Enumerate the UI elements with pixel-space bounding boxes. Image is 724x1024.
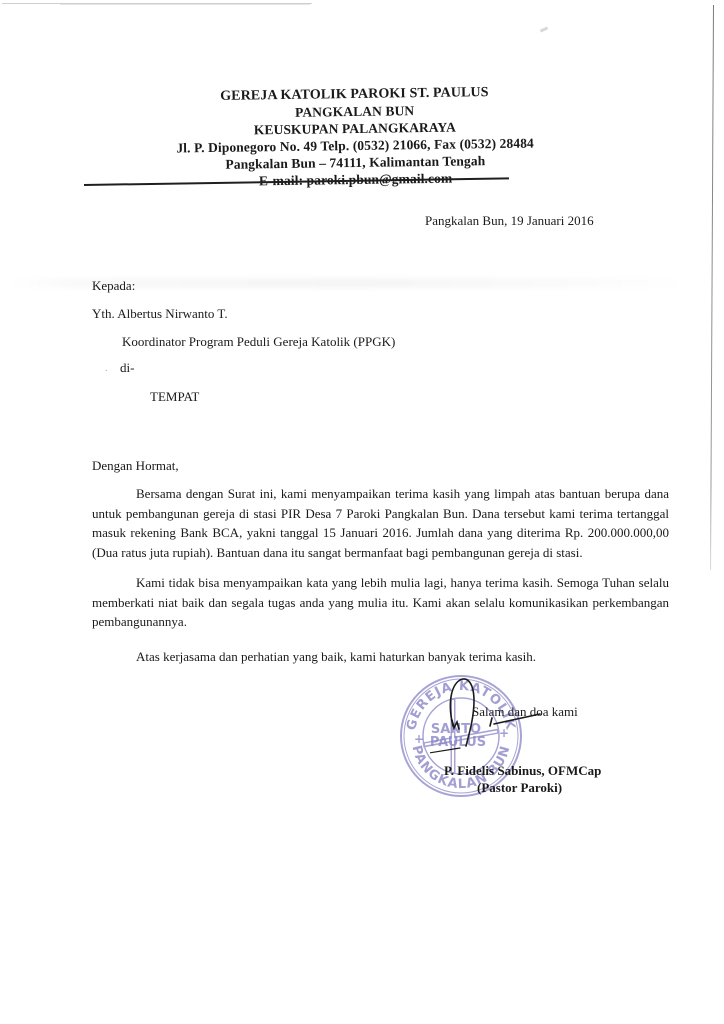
recipient-position: Koordinator Program Peduli Gereja Katoli… bbox=[122, 334, 395, 350]
body-paragraph-text: Atas kerjasama dan perhatian yang baik, … bbox=[92, 647, 669, 667]
recipient-di: di- bbox=[120, 360, 134, 376]
letter-date: Pangkalan Bun, 19 Januari 2016 bbox=[425, 213, 594, 229]
recipient-label: Kepada: bbox=[92, 278, 135, 294]
body-paragraph-1: Bersama dengan Surat ini, kami menyampai… bbox=[92, 484, 669, 562]
recipient-name: Yth. Albertus Nirwanto T. bbox=[92, 306, 228, 322]
svg-text:+: + bbox=[414, 732, 424, 746]
scan-artifact-dot: . bbox=[105, 363, 108, 374]
signer-title: (Pastor Paroki) bbox=[477, 780, 562, 796]
closing-signoff: Salam dan doa kami bbox=[472, 704, 578, 720]
recipient-place: TEMPAT bbox=[150, 389, 199, 405]
body-paragraph-text: Bersama dengan Surat ini, kami menyampai… bbox=[92, 484, 669, 562]
letterhead: GEREJA KATOLIK PAROKI ST. PAULUS PANGKAL… bbox=[119, 83, 590, 192]
signer-name: P. Fidelis Sabinus, OFMCap bbox=[444, 763, 601, 779]
body-paragraph-text: Kami tidak bisa menyampaikan kata yang l… bbox=[92, 573, 669, 632]
salutation: Dengan Hormat, bbox=[92, 458, 179, 474]
scan-artifact-edge-line bbox=[710, 5, 714, 570]
scan-artifact-top-line bbox=[60, 4, 310, 5]
scan-artifact-speck bbox=[540, 26, 549, 32]
body-paragraph-2: Kami tidak bisa menyampaikan kata yang l… bbox=[92, 573, 669, 632]
body-paragraph-3: Atas kerjasama dan perhatian yang baik, … bbox=[92, 647, 669, 667]
